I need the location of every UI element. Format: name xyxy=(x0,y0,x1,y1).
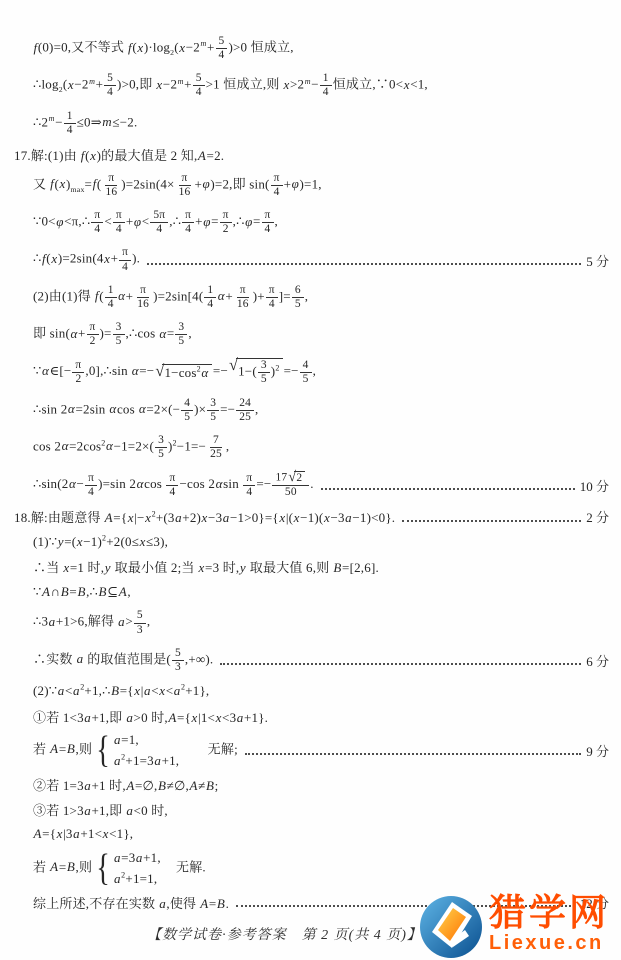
fraction: 14 xyxy=(64,110,76,137)
fraction: π16 xyxy=(234,284,252,311)
cases-group: {a=1,a2+1=3a+1, xyxy=(94,732,179,769)
formula-text: 若 A=B,则{a=1,a2+1=3a+1, 无解; xyxy=(33,732,238,769)
score-marker: 6 分 xyxy=(586,651,609,670)
cases-brace: { xyxy=(96,852,110,884)
liexue-logo: 猎学网 Liexue.cn xyxy=(419,894,609,960)
dotted-leader xyxy=(402,520,581,522)
formula-text: ③若 1>3a+1,即 a<0 时, xyxy=(33,800,168,819)
formula-text: ∴sin 2α=2sin αcos α=2×(−45)×35=−2425, xyxy=(33,397,258,424)
solution-line: 17.解:(1)由 f(x)的最大值是 2 知,A=2. xyxy=(14,144,611,165)
fraction: π4 xyxy=(85,472,97,499)
liexue-site-name: 猎学网 xyxy=(489,894,609,931)
solution-line: 即 sin(α+π2)=35,∴cos α=35, xyxy=(14,321,611,348)
solution-line: 又 f(x)max=f(π16)=2sin(4×π16+φ)=2,即 sin(π… xyxy=(14,172,611,199)
fraction: π16 xyxy=(102,172,120,199)
solution-line: A={x|3a+1<x<1}, xyxy=(14,824,611,845)
radical: √1−(35)2 xyxy=(229,358,283,386)
case-row: a2+1=3a+1, xyxy=(113,753,179,769)
fraction: 14 xyxy=(204,284,216,311)
fraction: π2 xyxy=(72,359,84,386)
formula-text: ∵α∈[−π2,0],∴sin α=−√1−cos2α=−√1−(35)2=−4… xyxy=(33,358,316,386)
fraction: 14 xyxy=(105,284,117,311)
solution-line: 若 A=B,则{a=1,a2+1=3a+1, 无解;9 分 xyxy=(14,732,611,769)
solution-line: 18.解:由题意得 A={x|−x2+(3a+2)x−3a−1>0}={x|(x… xyxy=(14,506,611,527)
solution-line: cos 2α=2cos2α−1=2×(35)2−1=−725, xyxy=(14,434,611,461)
formula-text: 若 A=B,则{a=3a+1,a2+1=1, 无解. xyxy=(33,850,206,887)
fraction: π2 xyxy=(220,209,232,236)
fraction: 54 xyxy=(193,72,205,99)
fraction: 14 xyxy=(320,72,332,99)
formula-text: (2)∵a<a2+1,∴B={x|a<x<a2+1}, xyxy=(33,683,209,699)
formula-text: ∴f(x)=2sin(4x+π4). xyxy=(33,246,140,273)
formula-text: f(0)=0,又不等式 f(x)·log2(x−2m+54)>0 恒成立, xyxy=(33,35,294,62)
fraction: π4 xyxy=(182,209,194,236)
cases-group: {a=3a+1,a2+1=1, xyxy=(94,850,161,887)
solution-line: ∵α∈[−π2,0],∴sin α=−√1−cos2α=−√1−(35)2=−4… xyxy=(14,358,611,386)
fraction: 17√250 xyxy=(272,471,309,499)
radical: √2 xyxy=(288,471,305,485)
formula-text: ∵A∩B=B,∴B⊆A, xyxy=(33,584,131,600)
score-marker: 5 分 xyxy=(586,251,609,270)
fraction: 35 xyxy=(207,397,219,424)
fraction: π4 xyxy=(119,246,131,273)
liexue-logo-text: 猎学网 Liexue.cn xyxy=(489,894,609,953)
formula-text: 又 f(x)max=f(π16)=2sin(4×π16+φ)=2,即 sin(π… xyxy=(33,172,322,199)
fraction: 35 xyxy=(155,434,167,461)
solution-line: (2)∵a<a2+1,∴B={x|a<x<a2+1}, xyxy=(14,681,611,702)
superscript: m xyxy=(200,39,207,48)
fraction: 725 xyxy=(207,434,225,461)
fraction: π16 xyxy=(176,172,194,199)
solution-line: ∴sin 2α=2sin αcos α=2×(−45)×35=−2425, xyxy=(14,397,611,424)
solution-line: ①若 1<3a+1,即 a>0 时,A={x|1<x<3a+1}. xyxy=(14,706,611,727)
cases-brace: { xyxy=(96,734,110,766)
formula-text: ∴实数 a 的取值范围是(53,+∞). xyxy=(33,647,213,674)
liexue-site-domain: Liexue.cn xyxy=(489,933,609,953)
subscript: max xyxy=(71,185,85,194)
fraction: 54 xyxy=(104,72,116,99)
dotted-leader xyxy=(245,753,581,755)
formula-text: ∴3a+1>6,解得 a>53, xyxy=(33,609,150,636)
solution-line: 若 A=B,则{a=3a+1,a2+1=1, 无解. xyxy=(14,850,611,887)
liexue-logo-icon xyxy=(419,894,483,960)
solution-line: f(0)=0,又不等式 f(x)·log2(x−2m+54)>0 恒成立, xyxy=(14,35,611,62)
fraction: π4 xyxy=(243,472,255,499)
solution-line: ∴sin(2α−π4)=sin 2αcos π4−cos 2αsin π4=−1… xyxy=(14,471,611,499)
solution-line: ∴3a+1>6,解得 a>53, xyxy=(14,609,611,636)
score-marker: 2 分 xyxy=(586,507,609,526)
solution-line: ∵0<φ<π,∴π4<π4+φ<5π4,∴π4+φ=π2,∴φ=π4, xyxy=(14,209,611,236)
fraction: 45 xyxy=(300,359,312,386)
fraction: 54 xyxy=(216,35,228,62)
formula-text: cos 2α=2cos2α−1=2×(35)2−1=−725, xyxy=(33,434,229,461)
solution-lines: f(0)=0,又不等式 f(x)·log2(x−2m+54)>0 恒成立,∴lo… xyxy=(0,0,621,915)
fraction: 35 xyxy=(113,321,125,348)
solution-line: ∴实数 a 的取值范围是(53,+∞).6 分 xyxy=(14,647,611,674)
fraction: π4 xyxy=(113,209,125,236)
fraction: 65 xyxy=(292,284,304,311)
fraction: 53 xyxy=(134,609,146,636)
fraction: π4 xyxy=(91,209,103,236)
radical: √1−cos2α xyxy=(155,364,212,381)
formula-text: 17.解:(1)由 f(x)的最大值是 2 知,A=2. xyxy=(14,145,224,164)
superscript: m xyxy=(89,77,96,86)
formula-text: A={x|3a+1<x<1}, xyxy=(33,826,133,842)
dotted-leader xyxy=(147,263,581,265)
solution-line: ∴f(x)=2sin(4x+π4).5 分 xyxy=(14,246,611,273)
fraction: π16 xyxy=(134,284,152,311)
solution-line: ∵A∩B=B,∴B⊆A, xyxy=(14,581,611,602)
formula-text: (2)由(1)得 f(14α+π16)=2sin[4(14α+π16)+π4]=… xyxy=(33,284,308,311)
solution-line: ∴当 x=1 时,y 取最小值 2;当 x=3 时,y 取最大值 6,则 B=[… xyxy=(14,556,611,577)
fraction: π4 xyxy=(262,209,274,236)
answer-sheet-page: f(0)=0,又不等式 f(x)·log2(x−2m+54)>0 恒成立,∴lo… xyxy=(0,0,621,960)
dotted-leader xyxy=(220,663,581,665)
formula-text: ∵0<φ<π,∴π4<π4+φ<5π4,∴π4+φ=π2,∴φ=π4, xyxy=(33,209,278,236)
case-row: a2+1=1, xyxy=(113,871,160,887)
case-row: a=1, xyxy=(113,732,179,748)
solution-line: (2)由(1)得 f(14α+π16)=2sin[4(14α+π16)+π4]=… xyxy=(14,284,611,311)
solution-line: (1)∵y=(x−1)2+2(0≤x≤3), xyxy=(14,531,611,552)
fraction: 53 xyxy=(172,647,184,674)
formula-text: ∴sin(2α−π4)=sin 2αcos π4−cos 2αsin π4=−1… xyxy=(33,471,314,499)
score-marker: 10 分 xyxy=(580,476,609,495)
case-row: a=3a+1, xyxy=(113,850,160,866)
fraction: π4 xyxy=(271,172,283,199)
formula-text: (1)∵y=(x−1)2+2(0≤x≤3), xyxy=(33,534,168,550)
solution-line: ∴log2(x−2m+54)>0,即 x−2m+54>1 恒成立,则 x>2m−… xyxy=(14,72,611,99)
formula-text: 综上所述,不存在实数 a,使得 A=B. xyxy=(33,893,229,912)
formula-text: ∴2m−14≤0⇒m≤−2. xyxy=(33,110,137,137)
formula-text: 18.解:由题意得 A={x|−x2+(3a+2)x−3a−1>0}={x|(x… xyxy=(14,507,395,526)
fraction: 2425 xyxy=(236,397,254,424)
solution-line: ②若 1=3a+1 时,A=∅,B≠∅,A≠B; xyxy=(14,774,611,795)
formula-text: ①若 1<3a+1,即 a>0 时,A={x|1<x<3a+1}. xyxy=(33,707,268,726)
fraction: 35 xyxy=(175,321,187,348)
solution-line: ③若 1>3a+1,即 a<0 时, xyxy=(14,799,611,820)
fraction: π4 xyxy=(266,284,278,311)
formula-text: ∴log2(x−2m+54)>0,即 x−2m+54>1 恒成立,则 x>2m−… xyxy=(33,72,428,99)
fraction: 45 xyxy=(181,397,193,424)
formula-text: ∴当 x=1 时,y 取最小值 2;当 x=3 时,y 取最大值 6,则 B=[… xyxy=(33,557,379,576)
dotted-leader xyxy=(321,488,575,490)
fraction: 5π4 xyxy=(150,209,168,236)
formula-text: 即 sin(α+π2)=35,∴cos α=35, xyxy=(33,321,192,348)
fraction: 35 xyxy=(258,359,270,386)
formula-text: ②若 1=3a+1 时,A=∅,B≠∅,A≠B; xyxy=(33,775,218,794)
score-marker: 9 分 xyxy=(586,741,609,760)
fraction: π2 xyxy=(87,321,99,348)
fraction: π4 xyxy=(166,472,178,499)
superscript: 2 xyxy=(275,364,279,373)
solution-line: ∴2m−14≤0⇒m≤−2. xyxy=(14,110,611,137)
